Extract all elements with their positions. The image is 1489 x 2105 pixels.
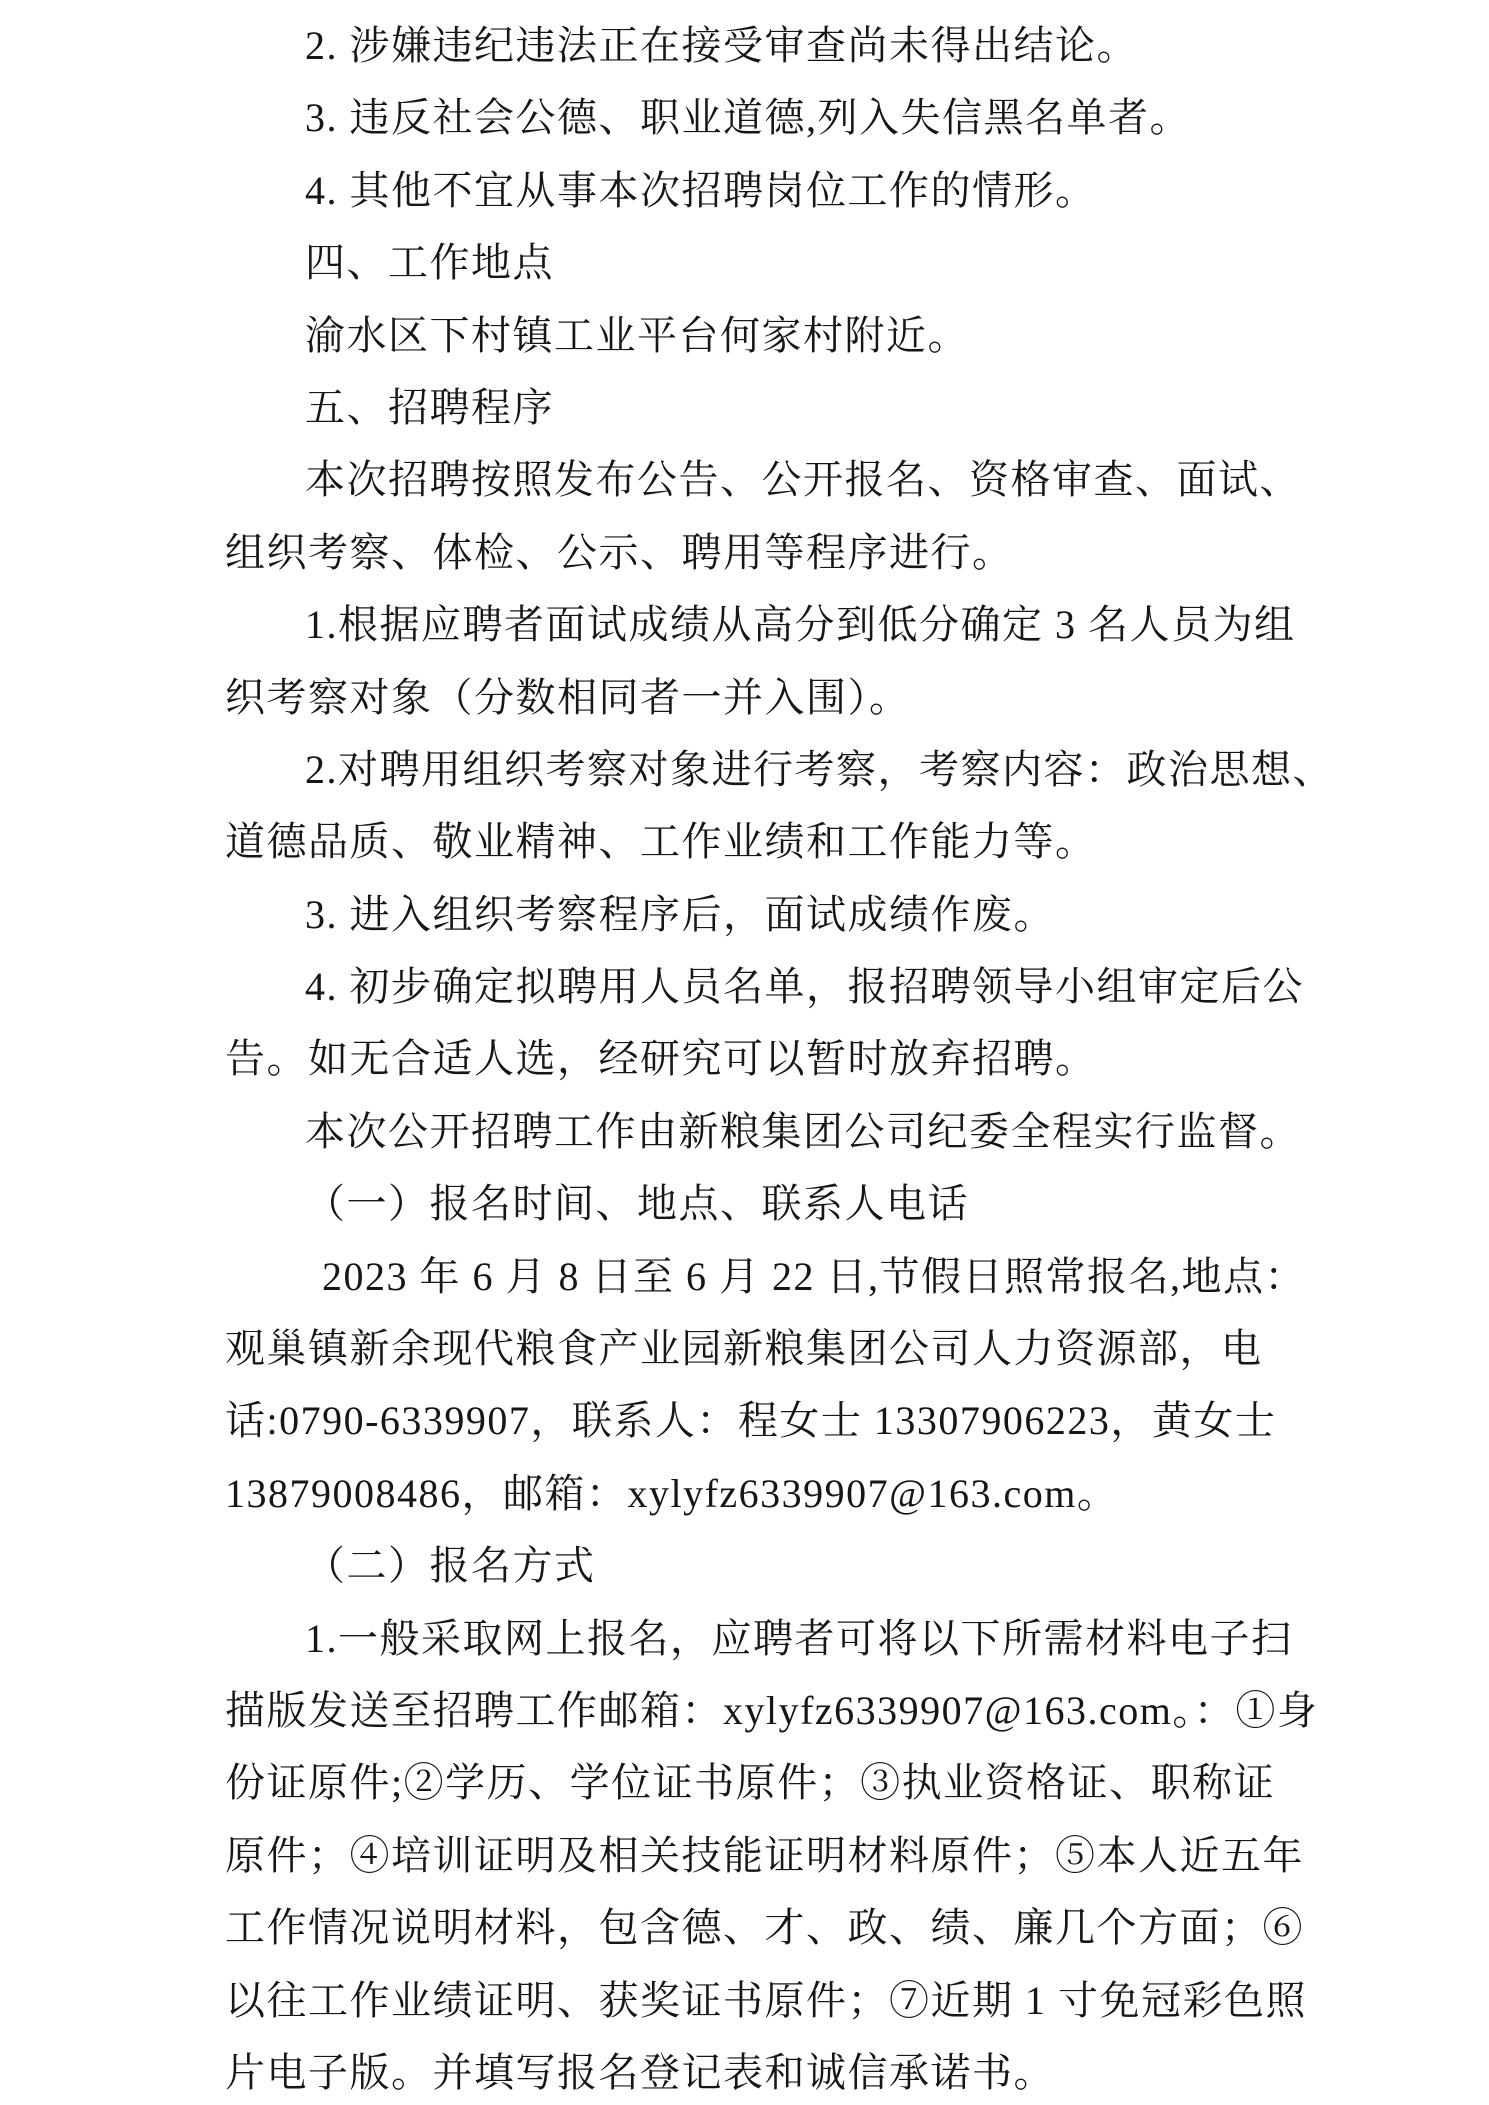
document-line: 渝水区下村镇工业平台何家村附近。 — [225, 300, 1489, 372]
document-line: 观巢镇新余现代粮食产业园新粮集团公司人力资源部，电 — [225, 1313, 1489, 1385]
document-line: （一）报名时间、地点、联系人电话 — [225, 1168, 1489, 1240]
document-line: 1.一般采取网上报名，应聘者可将以下所需材料电子扫 — [225, 1603, 1489, 1675]
document-line: 道德品质、敬业精神、工作业绩和工作能力等。 — [225, 806, 1489, 878]
document-line: 2. 涉嫌违纪违法正在接受审查尚未得出结论。 — [225, 10, 1489, 82]
document-line: 2.对聘用组织考察对象进行考察，考察内容：政治思想、 — [225, 734, 1489, 806]
document-line: 4. 其他不宜从事本次招聘岗位工作的情形。 — [225, 155, 1489, 227]
document-line: 五、招聘程序 — [225, 372, 1489, 444]
document-line: 2023 年 6 月 8 日至 6 月 22 日,节假日照常报名,地点： — [225, 1241, 1489, 1313]
document-line: 以往工作业绩证明、获奖证书原件；⑦近期 1 寸免冠彩色照 — [225, 1965, 1489, 2037]
document-line: 组织考察、体检、公示、聘用等程序进行。 — [225, 517, 1489, 589]
document-line: 3. 违反社会公德、职业道德,列入失信黑名单者。 — [225, 82, 1489, 154]
document-line: 告。如无合适人选，经研究可以暂时放弃招聘。 — [225, 1023, 1489, 1095]
document-line: 本次公开招聘工作由新粮集团公司纪委全程实行监督。 — [225, 1096, 1489, 1168]
document-line: 1.根据应聘者面试成绩从高分到低分确定 3 名人员为组 — [225, 589, 1489, 661]
document-line: 原件；④培训证明及相关技能证明材料原件；⑤本人近五年 — [225, 1820, 1489, 1892]
document-line: 3. 进入组织考察程序后，面试成绩作废。 — [225, 879, 1489, 951]
document-line: 工作情况说明材料，包含德、才、政、绩、廉几个方面；⑥ — [225, 1892, 1489, 1964]
document-line: 份证原件;②学历、学位证书原件；③执业资格证、职称证 — [225, 1747, 1489, 1819]
document-line: 描版发送至招聘工作邮箱：xylyfz6339907@163.com。：①身 — [225, 1675, 1489, 1747]
document-body: 2. 涉嫌违纪违法正在接受审查尚未得出结论。3. 违反社会公德、职业道德,列入失… — [225, 10, 1489, 2105]
document-line: 织考察对象（分数相同者一并入围）。 — [225, 662, 1489, 734]
document-line: 话:0790-6339907，联系人：程女士 13307906223，黄女士 — [225, 1385, 1489, 1457]
document-line: 4. 初步确定拟聘用人员名单，报招聘领导小组审定后公 — [225, 951, 1489, 1023]
document-line: （二）报名方式 — [225, 1530, 1489, 1602]
document-line: 13879008486，邮箱：xylyfz6339907@163.com。 — [225, 1458, 1489, 1530]
document-line: 片电子版。并填写报名登记表和诚信承诺书。 — [225, 2037, 1489, 2105]
document-page: 2. 涉嫌违纪违法正在接受审查尚未得出结论。3. 违反社会公德、职业道德,列入失… — [0, 0, 1489, 2105]
document-line: 本次招聘按照发布公告、公开报名、资格审查、面试、 — [225, 444, 1489, 516]
document-line: 四、工作地点 — [225, 227, 1489, 299]
